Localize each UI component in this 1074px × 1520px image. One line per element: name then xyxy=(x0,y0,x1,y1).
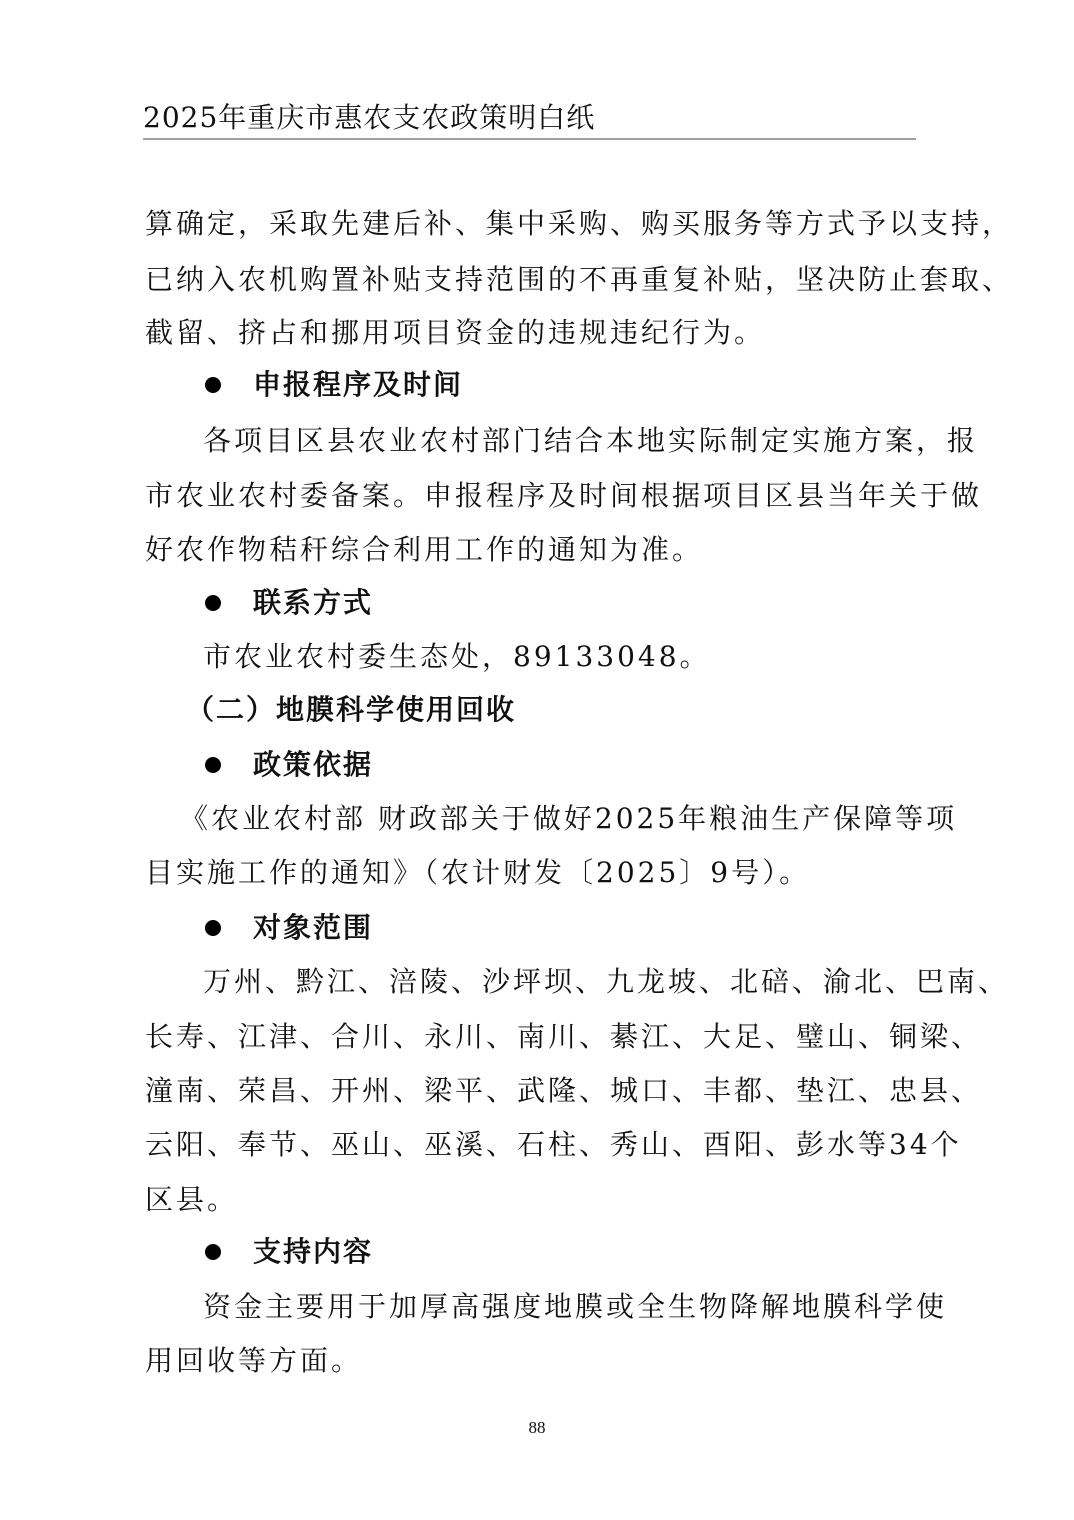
header-divider xyxy=(143,138,916,140)
paragraph-line: 区县。 xyxy=(145,1180,238,1220)
page-number: 88 xyxy=(0,1418,1074,1438)
bullet-icon xyxy=(205,1244,221,1260)
bullet-icon xyxy=(205,377,221,393)
paragraph-line: 各项目区县农业农村部门结合本地实际制定实施方案，报 xyxy=(203,421,978,461)
section-heading-contact: 联系方式 xyxy=(253,583,373,623)
paragraph-line: 万州、黔江、涪陵、沙坪坝、九龙坡、北碚、渝北、巴南、 xyxy=(203,962,1009,1002)
section-heading-scope: 对象范围 xyxy=(253,908,373,948)
paragraph-line: 截留、挤占和挪用项目资金的违规违纪行为。 xyxy=(145,313,765,353)
paragraph-line: 用回收等方面。 xyxy=(145,1341,362,1381)
paragraph-line: 长寿、江津、合川、永川、南川、綦江、大足、璧山、铜梁、 xyxy=(145,1017,982,1057)
paragraph-line: 目实施工作的通知》（农计财发〔2025〕9号）。 xyxy=(145,853,810,893)
paragraph-line: 已纳入农机购置补贴支持范围的不再重复补贴，坚决防止套取、 xyxy=(145,260,1013,300)
document-header-title: 2025年重庆市惠农支农政策明白纸 xyxy=(143,98,595,138)
section-heading-policy-basis: 政策依据 xyxy=(253,745,373,785)
paragraph-line: 云阳、奉节、巫山、巫溪、石柱、秀山、酉阳、彭水等34个 xyxy=(145,1125,962,1165)
section-heading-support: 支持内容 xyxy=(253,1232,373,1272)
paragraph-line: 资金主要用于加厚高强度地膜或全生物降解地膜科学使 xyxy=(203,1287,947,1327)
section-heading-application: 申报程序及时间 xyxy=(253,365,463,405)
bullet-icon xyxy=(205,595,221,611)
paragraph-line: 算确定，采取先建后补、集中采购、购买服务等方式予以支持， xyxy=(145,204,1013,244)
paragraph-line: 潼南、荣昌、开州、梁平、武隆、城口、丰都、垫江、忠县、 xyxy=(145,1071,982,1111)
bullet-icon xyxy=(205,757,221,773)
contact-text: 市农业农村委生态处，89133048。 xyxy=(203,637,711,677)
paragraph-line: 市农业农村委备案。申报程序及时间根据项目区县当年关于做 xyxy=(145,476,982,516)
paragraph-line: 好农作物秸秆综合利用工作的通知为准。 xyxy=(145,530,703,570)
bullet-icon xyxy=(205,920,221,936)
paragraph-line: 《农业农村部 财政部关于做好2025年粮油生产保障等项 xyxy=(180,799,957,839)
subsection-title: （二）地膜科学使用回收 xyxy=(186,690,516,730)
